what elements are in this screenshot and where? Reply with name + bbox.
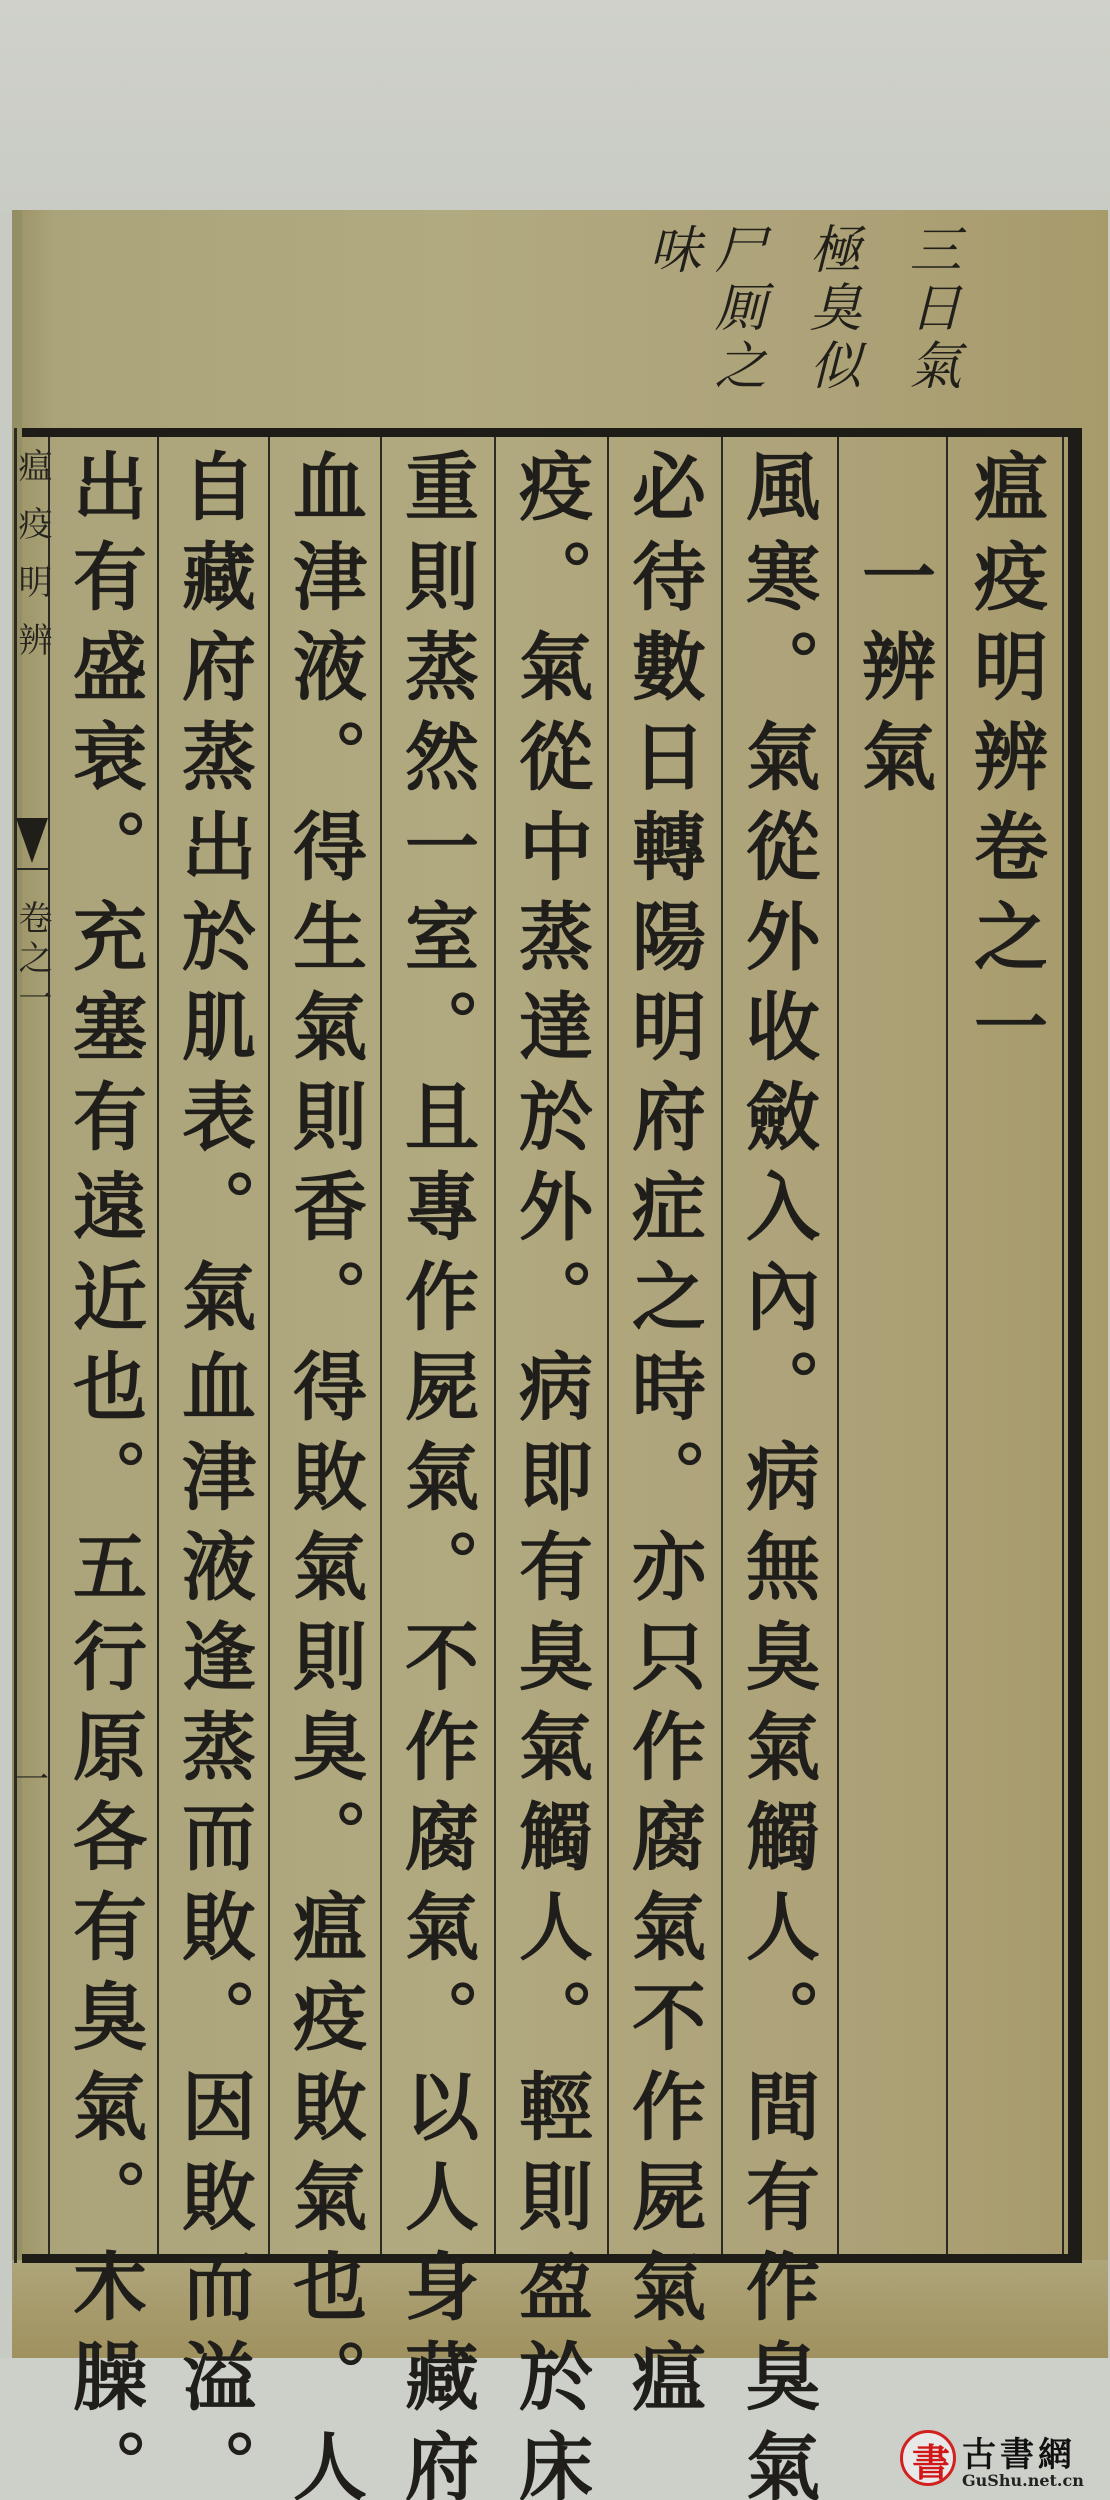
seal-icon: 書 — [900, 2430, 956, 2486]
column-rule — [494, 437, 496, 2254]
text-column-4: 重則蒸然一室。且專作屍氣。不作腐氣。以人身藏府氣 — [386, 448, 486, 2258]
fishtail-line — [16, 868, 48, 870]
column-rule — [837, 437, 839, 2254]
column-rule — [607, 437, 609, 2254]
fishtail-mark-icon — [16, 818, 48, 863]
scan-background-top — [0, 0, 1110, 212]
text-column-3: 疫。氣從中蒸達於外。病即有臭氣觸人。輕則盈於床帳。 — [500, 448, 600, 2258]
spine-volume: 卷之一 — [14, 900, 50, 1020]
column-rule — [721, 437, 723, 2254]
section-heading: 一辨氣 — [843, 448, 943, 2258]
text-column-6: 自藏府蒸出於肌表。氣血津液逢蒸而敗。因敗而溢。溢 — [163, 448, 263, 2258]
annotation-column-3: 尸厠之 — [705, 222, 765, 396]
text-column-7: 出有盛衰。充塞有遠近也。五行原各有臭氣。木臊。金腥。 — [54, 448, 154, 2258]
column-rule — [157, 437, 159, 2254]
annotation-column-2: 極臭似 — [800, 222, 860, 396]
column-rule — [1062, 437, 1064, 2254]
column-rule — [268, 437, 270, 2254]
watermark-url: GuShu.net.cn — [962, 2471, 1084, 2490]
column-rule — [946, 437, 948, 2254]
watermark-title: 古書網 — [962, 2427, 1076, 2476]
text-column-1: 風寒。氣從外收斂入內。病無臭氣觸人。間有作臭氣者。 — [727, 448, 827, 2258]
text-column-5: 血津液。得生氣則香。得敗氣則臭。瘟疫敗氣也。人受之。 — [274, 448, 374, 2258]
column-rule — [380, 437, 382, 2254]
frame-left-edge — [14, 428, 17, 2263]
annotation-column-4: 味 — [640, 222, 700, 280]
gushu-watermark: 書 古書網 GuShu.net.cn — [900, 2425, 1110, 2495]
seal-glyph: 書 — [911, 2441, 951, 2485]
spine-divider-line — [48, 437, 50, 2254]
spine-title: 瘟疫明辨 — [14, 448, 50, 680]
spine-page-number: 一 — [14, 1752, 50, 1801]
annotation-column-1: 三日氣 — [900, 222, 960, 396]
title-column: 瘟疫明辨卷之一 — [955, 448, 1055, 2258]
text-column-2: 必待數日轉陽明府症之時。亦只作腐氣不作屍氣瘟 — [613, 448, 713, 2258]
